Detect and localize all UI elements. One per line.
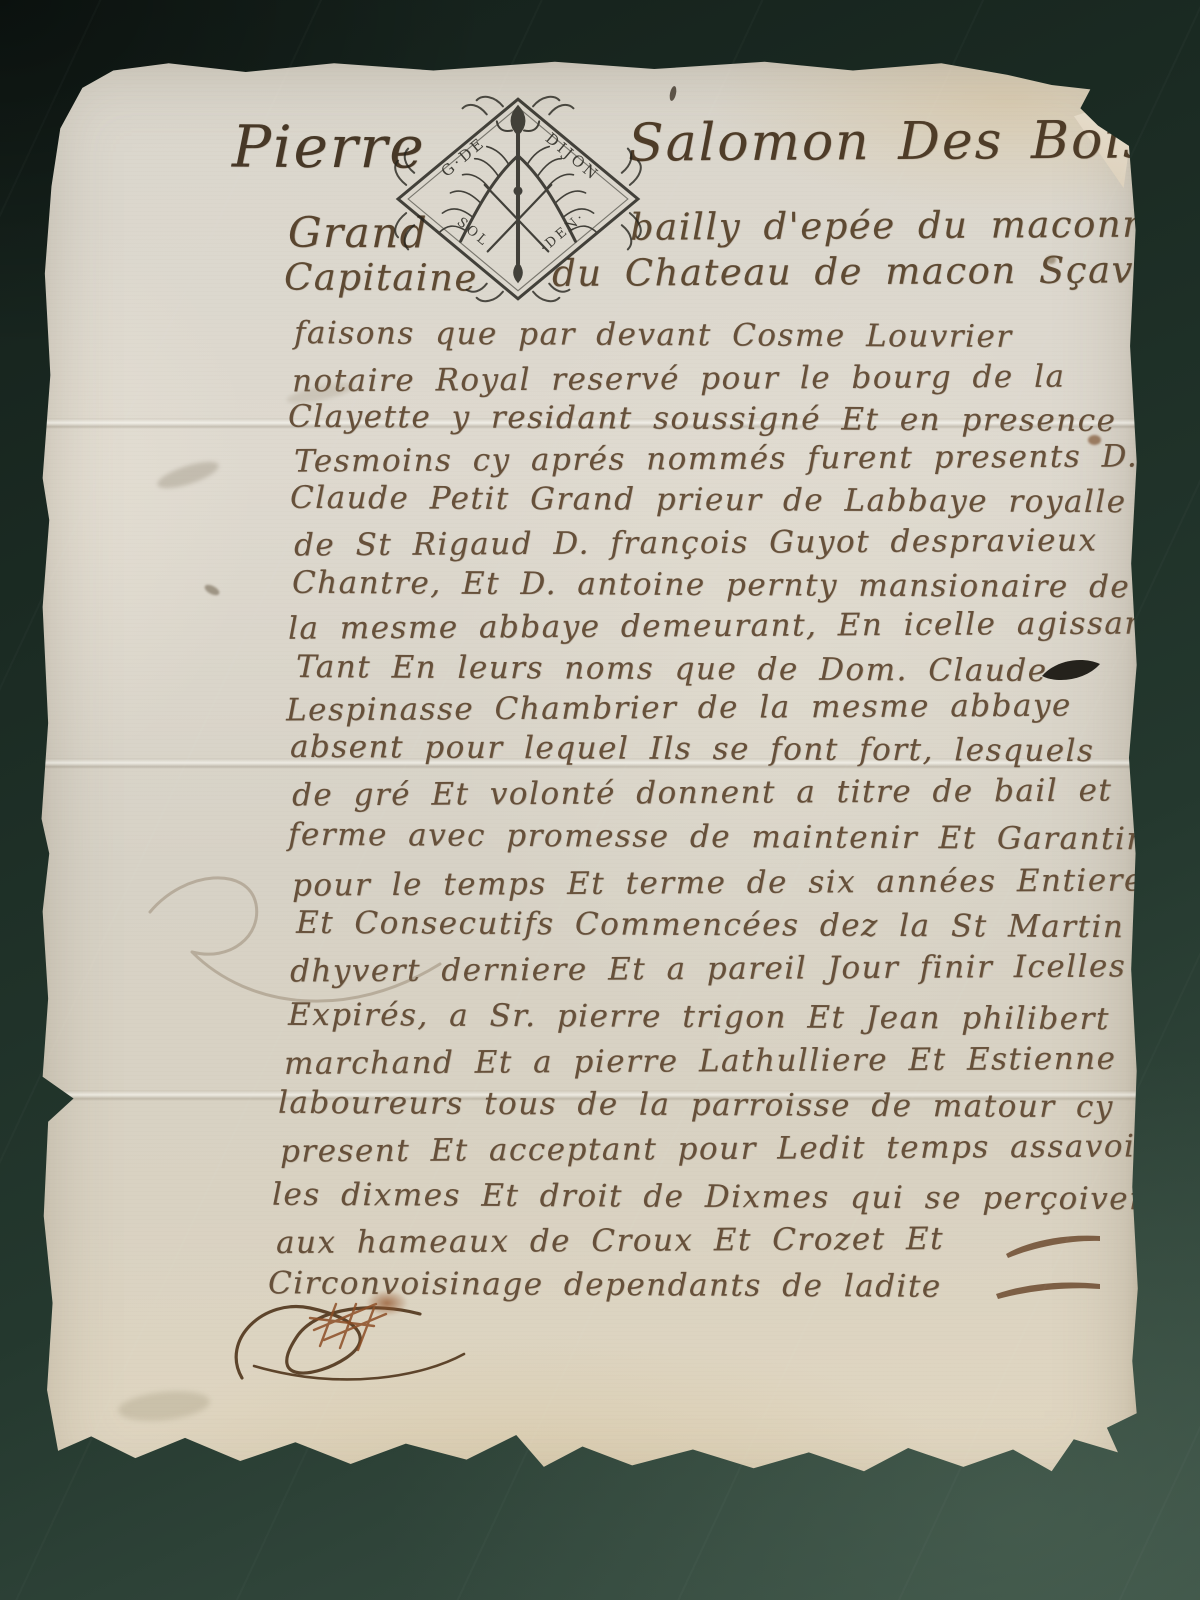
manuscript-line: ferme avec promesse de maintenir Et Gara… [288,818,1143,857]
manuscript-line: Salomon Des Bois [628,112,1152,172]
manuscript-line: du Chateau de macon Sçavoir [552,250,1191,295]
manuscript-line: faisons que par devant Cosme Louvrier [294,316,1013,354]
ink-dash [994,1278,1104,1300]
manuscript-line: absent pour lequel Ils se font fort, les… [290,730,1095,768]
stamp-text-dijon: DIJON [542,129,603,184]
manuscript-line: Lespinasse Chambrier de la mesme abbaye [286,689,1072,728]
ink-stain [1046,256,1056,264]
manuscript-line: laboureurs tous de la parroisse de matou… [278,1086,1114,1124]
manuscript-line: Claude Petit Grand prieur de Labbaye roy… [290,481,1127,519]
paper-hole [1036,648,1108,690]
manuscript-line: les dixmes Et droit de Dixmes qui se per… [272,1178,1165,1217]
notary-paraph [224,1278,474,1403]
manuscript-line: Tesmoins cy aprés nommés furent presents… [294,439,1138,478]
faint-margin-stroke [130,852,460,1062]
ink-dash [1004,1232,1104,1258]
manuscript-line: aux hameaux de Croux Et Crozet Et [276,1222,944,1260]
manuscript-sheet: Pierre Salomon Des Bois Grand bailly d'e… [36,56,1140,1506]
dijon-tax-stamp: G·DE DIJON SOL ·DEN· [390,92,646,306]
photo-background: Pierre Salomon Des Bois Grand bailly d'e… [0,0,1200,1600]
rust-stain [366,1290,408,1316]
manuscript-line: bailly d'epée du maconnois [630,204,1200,248]
ink-stain [1088,435,1101,445]
manuscript-line: de St Rigaud D. françois Guyot despravie… [294,524,1098,563]
manuscript-line: la mesme abbaye demeurant, En icelle agi… [288,606,1177,646]
manuscript-line: de gré Et volonté donnent a titre de bai… [292,773,1113,812]
manuscript-line: notaire Royal reservé pour le bourg de l… [292,360,1066,399]
stamp-text-gde: G·DE [438,133,490,180]
manuscript-line: Tant En leurs noms que de Dom. Claude [296,650,1048,688]
manuscript-line: Clayette y residant soussigné Et en pres… [288,400,1195,439]
manuscript-line: present Et acceptant pour Ledit temps as… [280,1129,1152,1168]
manuscript-line: Chantre, Et D. antoine pernty mansionair… [292,566,1130,604]
